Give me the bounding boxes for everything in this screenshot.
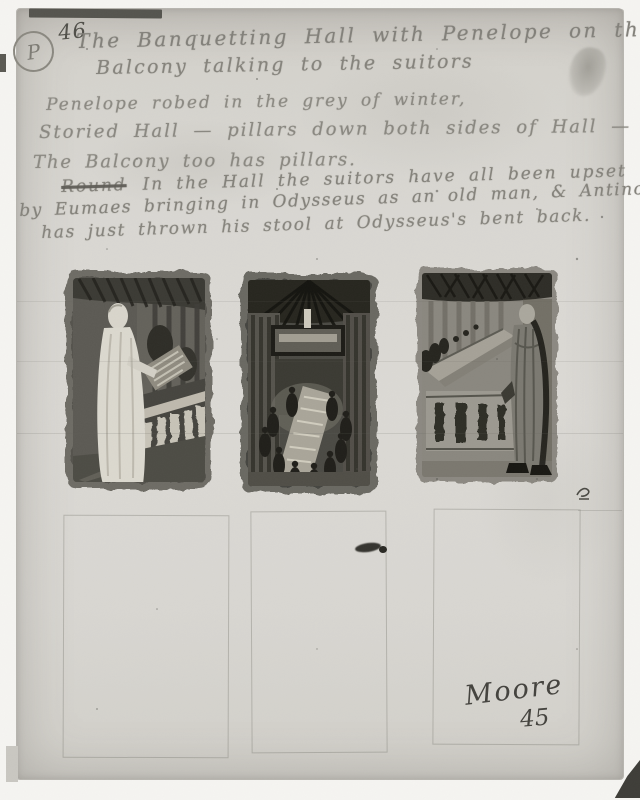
photo-corner-mark [6,746,18,782]
photo-edge-tick [0,54,6,72]
signature-year: 45 [519,704,550,732]
paper-speckles [17,9,623,779]
sketchbook-page: P 46 The Banquetting Hall with Penelope … [16,8,624,780]
sketchbook-photograph: P 46 The Banquetting Hall with Penelope … [0,0,640,800]
